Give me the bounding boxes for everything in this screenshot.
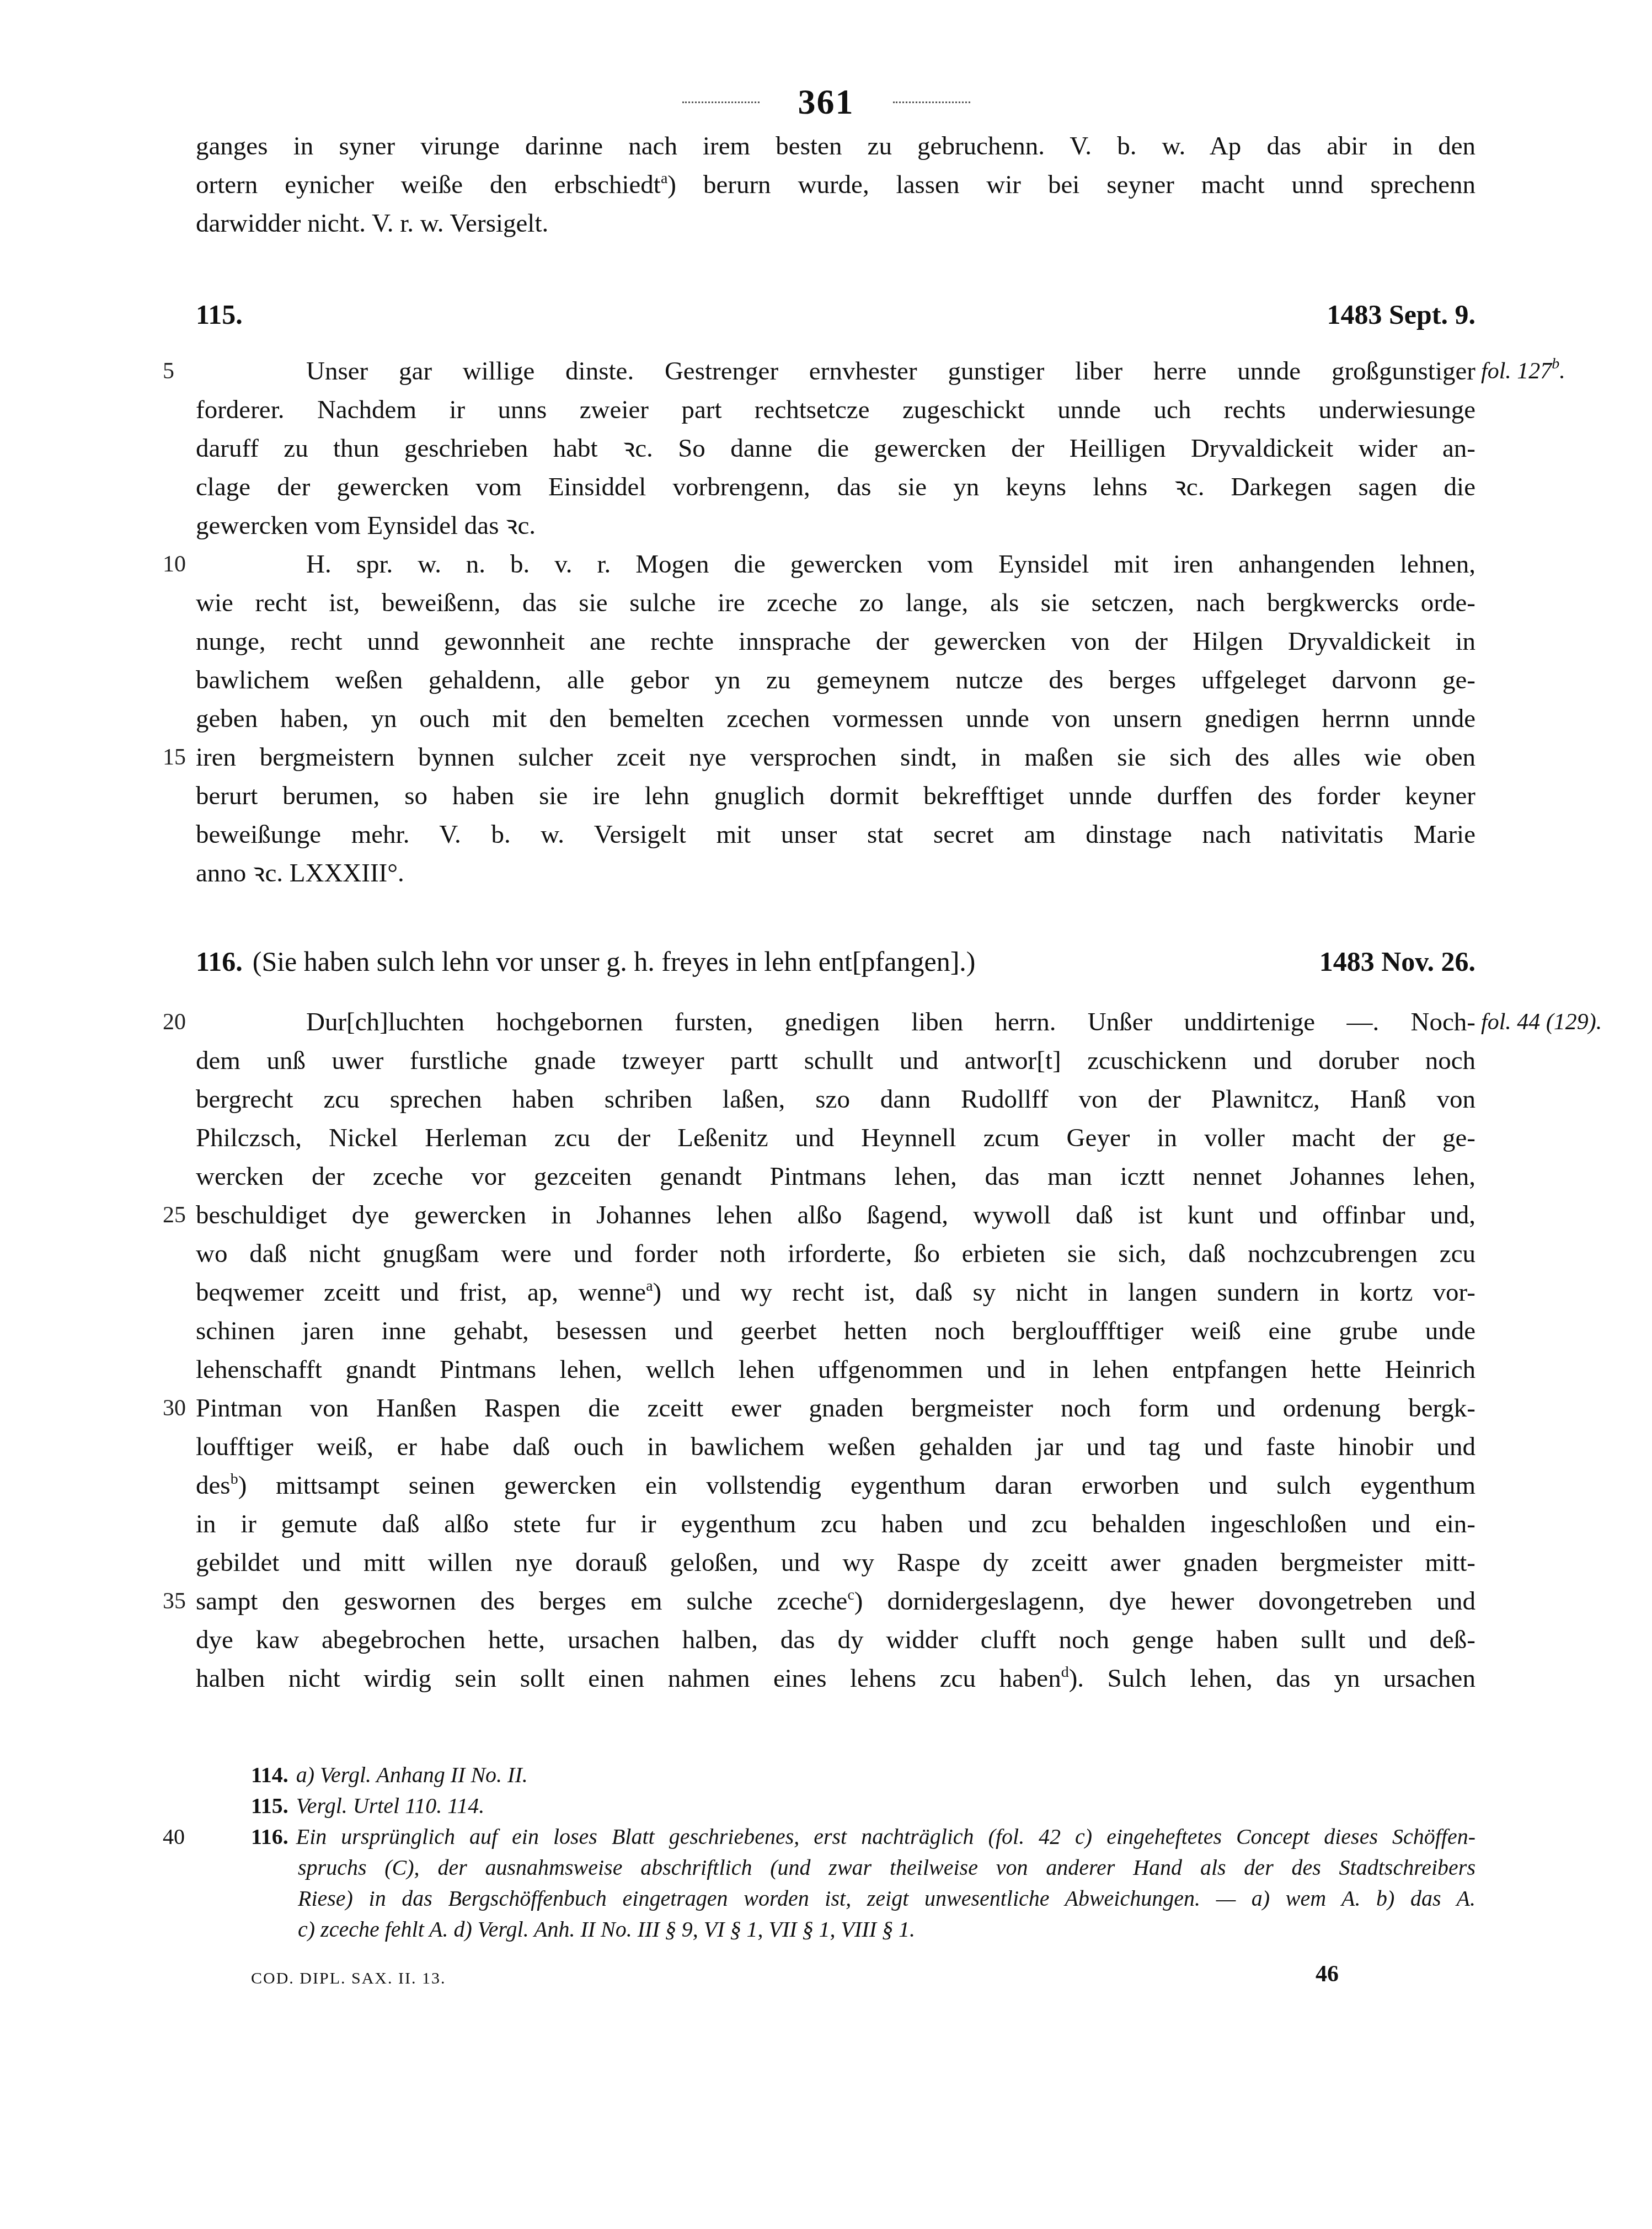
body-line: sampt den geswornen des berges em sulche…	[196, 1582, 1475, 1621]
body-line: bergrecht zcu sprechen haben schriben la…	[196, 1080, 1475, 1119]
page-header: 361	[0, 72, 1652, 132]
line-number: 40	[163, 1821, 185, 1852]
entry-title: (Sie haben sulch lehn vor unser g. h. fr…	[253, 946, 976, 977]
body-line: schinen jaren inne gehabt, besessen und …	[196, 1312, 1475, 1350]
line-number: 35	[163, 1582, 186, 1621]
body-line: loufftiger weiß, er habe daß ouch in baw…	[196, 1428, 1475, 1466]
body-line: Philczsch, Nickel Herleman zcu der Leßen…	[196, 1119, 1475, 1157]
body-line: berurt berumen, so haben sie ire lehn gn…	[196, 777, 1475, 815]
line-number: 5	[163, 352, 174, 391]
body-line: wercken der zceche vor gezceiten genandt…	[196, 1157, 1475, 1196]
header-rule-right	[893, 101, 970, 103]
body-line: Dur[ch]luchten hochgebornen fursten, gne…	[196, 1003, 1475, 1041]
folio-marginal-note: fol. 44 (129).	[1481, 1003, 1602, 1041]
body-line: ganges in syner virunge darinne nach ire…	[196, 127, 1475, 165]
body-line: daruff zu thun geschrieben habt ꝛc. So d…	[196, 429, 1475, 468]
footnote-114: 114.a) Vergl. Anhang II No. II.	[251, 1760, 1475, 1790]
body-line: H. spr. w. n. b. v. r. Mogen die gewerck…	[196, 545, 1475, 584]
body-line: iren bergmeistern bynnen sulcher zceit n…	[196, 738, 1475, 777]
body-line: dye kaw abegebrochen hette, ursachen hal…	[196, 1621, 1475, 1659]
footnote-ref: a	[661, 170, 667, 187]
footnote-ref: c	[847, 1586, 854, 1603]
body-line: beweißunge mehr. V. b. w. Versigelt mit …	[196, 815, 1475, 854]
body-line: Pintman von Hanßen Raspen die zceitt ewe…	[196, 1389, 1475, 1428]
line-number: 15	[163, 738, 186, 777]
footnote-ref: b	[231, 1471, 238, 1488]
body-line: dem unß uwer furstliche gnade tzweyer pa…	[196, 1041, 1475, 1080]
footnote-116: 116.Ein ursprünglich auf ein loses Blatt…	[251, 1821, 1475, 1852]
footnote-116-line: Riese) in das Bergschöffenbuch eingetrag…	[298, 1883, 1475, 1914]
header-rule-left	[682, 101, 760, 103]
entry-date: 1483 Nov. 26.	[1319, 942, 1475, 981]
body-line: beqwemer zceitt und frist, ap, wennea) u…	[196, 1273, 1475, 1312]
body-line: lehenschafft gnandt Pintmans lehen, well…	[196, 1350, 1475, 1389]
body-line: anno ꝛc. LXXXIII°.	[196, 854, 1475, 892]
body-line: in ir gemute daß alßo stete fur ir eygen…	[196, 1505, 1475, 1543]
printer-signature: COD. DIPL. SAX. II. 13.	[251, 1969, 446, 1988]
body-line: gewercken vom Eynsidel das ꝛc.	[196, 506, 1475, 545]
entry-number: 115.	[196, 299, 243, 330]
body-line: wie recht ist, beweißenn, das sie sulche…	[196, 584, 1475, 622]
body-line: Unser gar willige dinste. Gestrenger ern…	[196, 352, 1475, 391]
body-line: ortern eynicher weiße den erbschiedta) b…	[196, 165, 1475, 204]
body-line: halben nicht wirdig sein sollt einen nah…	[196, 1659, 1475, 1698]
sheet-number: 46	[1316, 1961, 1339, 1987]
footnote-116-line: spruchs (C), der ausnahmsweise abschrift…	[298, 1852, 1475, 1883]
body-line: forderer. Nachdem ir unns zweier part re…	[196, 391, 1475, 429]
body-line: clage der gewercken vom Einsiddel vorbre…	[196, 468, 1475, 506]
entry-heading-116: 116.(Sie haben sulch lehn vor unser g. h…	[196, 942, 1475, 981]
footnote-116-line: c) zceche fehlt A. d) Vergl. Anh. II No.…	[298, 1914, 1475, 1945]
entry-heading-115: 115. 1483 Sept. 9.	[196, 295, 1475, 334]
body-line: gebildet und mitt willen nye dorauß gelo…	[196, 1543, 1475, 1582]
footnote-ref: d	[1061, 1664, 1069, 1681]
body-line: desb) mittsampt seinen gewercken ein vol…	[196, 1466, 1475, 1505]
line-number: 25	[163, 1196, 186, 1234]
line-number: 30	[163, 1389, 186, 1428]
line-number: 10	[163, 545, 186, 584]
footnote-115: 115.Vergl. Urtel 110. 114.	[251, 1790, 1475, 1821]
folio-marginal-note: fol. 127b.	[1481, 352, 1565, 391]
entry-number: 116.	[196, 946, 243, 977]
line-number: 20	[163, 1003, 186, 1041]
body-line: bawlichem weßen gehaldenn, alle gebor yn…	[196, 661, 1475, 699]
body-line: wo daß nicht gnugßam were und forder not…	[196, 1234, 1475, 1273]
page-number: 361	[798, 82, 854, 122]
body-line: nunge, recht unnd gewonnheit ane rechte …	[196, 622, 1475, 661]
body-line: geben haben, yn ouch mit den bemelten zc…	[196, 699, 1475, 738]
body-line: beschuldiget dye gewercken in Johannes l…	[196, 1196, 1475, 1234]
footnote-ref: a	[646, 1277, 653, 1295]
entry-date: 1483 Sept. 9.	[1327, 295, 1475, 334]
body-line: darwidder nicht. V. r. w. Versigelt.	[196, 204, 1475, 243]
